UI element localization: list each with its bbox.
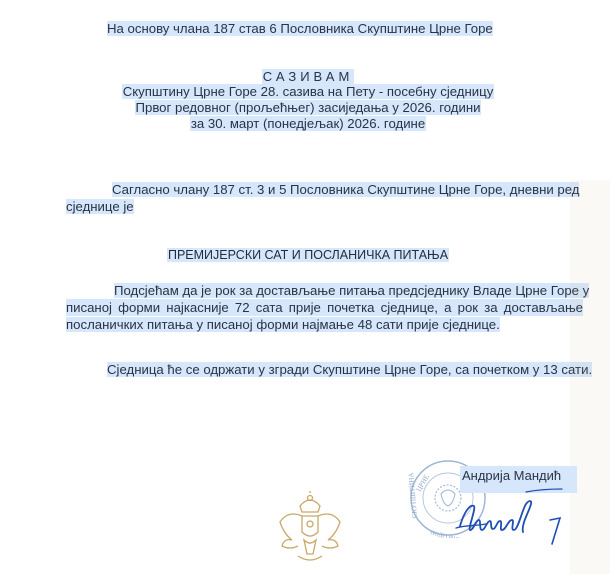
reminder-line-2: писаној форми најкасније 72 сата прије п… xyxy=(66,299,583,316)
convocation-heading: САЗИВАМ xyxy=(0,69,616,85)
convocation-line-3: за 30. март (понедјељак) 2026. године xyxy=(0,116,616,132)
agenda-intro-line-2: сједнице је xyxy=(66,199,134,215)
handwritten-signature-icon xyxy=(452,486,572,556)
convocation-line-1: Скупштину Црне Горе 28. сазива на Пету -… xyxy=(0,84,616,100)
legal-basis-line: На основу члана 187 став 6 Пословника Ск… xyxy=(107,21,493,37)
montenegro-coat-of-arms-icon xyxy=(274,490,346,568)
document-page: На основу члана 187 став 6 Пословника Ск… xyxy=(0,0,616,574)
svg-text:СКУПШТИНА: СКУПШТИНА xyxy=(408,472,419,518)
reminder-line-1: Подсјећам да је рок за достављање питања… xyxy=(66,282,583,299)
session-note: Сједница ће се одржати у згради Скупштин… xyxy=(107,362,592,378)
agenda-intro-line-1: Сагласно члану 187 ст. 3 и 5 Пословника … xyxy=(112,182,579,198)
convocation-line-2: Првог редовног (прољећњег) засиједања у … xyxy=(0,100,616,116)
reminder-line-3: посланичких питања у писаној форми најма… xyxy=(66,316,583,333)
agenda-item: ПРЕМИЈЕРСКИ САТ И ПОСЛАНИЧКА ПИТАЊА xyxy=(0,247,616,263)
